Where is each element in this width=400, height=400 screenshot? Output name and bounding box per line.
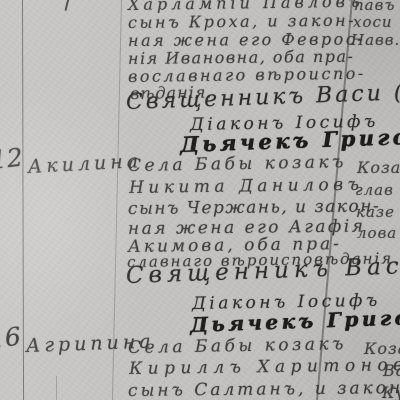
right-column-fragment: Навв. (351, 33, 400, 48)
record-body-line: сынъ Чержань, и закон- (128, 198, 380, 218)
right-column-fragment: лова (357, 226, 397, 241)
column-rule-left (22, 0, 24, 400)
right-column-fragment: казе (356, 205, 395, 220)
scanned-metrical-book-page: Харлампій Павловъ сынъ Кроха, и закон- н… (0, 0, 400, 400)
right-column-fragment: Коза (357, 160, 400, 176)
record-body-line: Никита Даниловъ (129, 177, 364, 197)
right-column-fragment: глав (355, 183, 394, 198)
right-column-fragment: хоси (353, 15, 393, 30)
right-column-fragment: Коза (364, 341, 400, 357)
record-body-line: сынъ Кроха, и закон- (128, 13, 356, 31)
entry-number: 12 (0, 145, 24, 173)
right-column-fragment: павъ (354, 0, 395, 13)
right-column-fragment: Ва (383, 363, 400, 379)
ink-mark (64, 0, 69, 11)
right-column-fragment: Ку (382, 385, 400, 400)
entry-number: 16 (0, 324, 22, 352)
stray-rule-fragment (56, 376, 57, 400)
record-body-line: Кириллъ Харитоновъ (129, 357, 400, 378)
record-body-line: Села Бабы козакъ (128, 336, 347, 357)
child-name: Акилина (28, 152, 143, 177)
record-body-line: сынъ Салтанъ, и закон- (128, 380, 400, 400)
record-body-line: Села Бабы козакъ (128, 154, 347, 175)
